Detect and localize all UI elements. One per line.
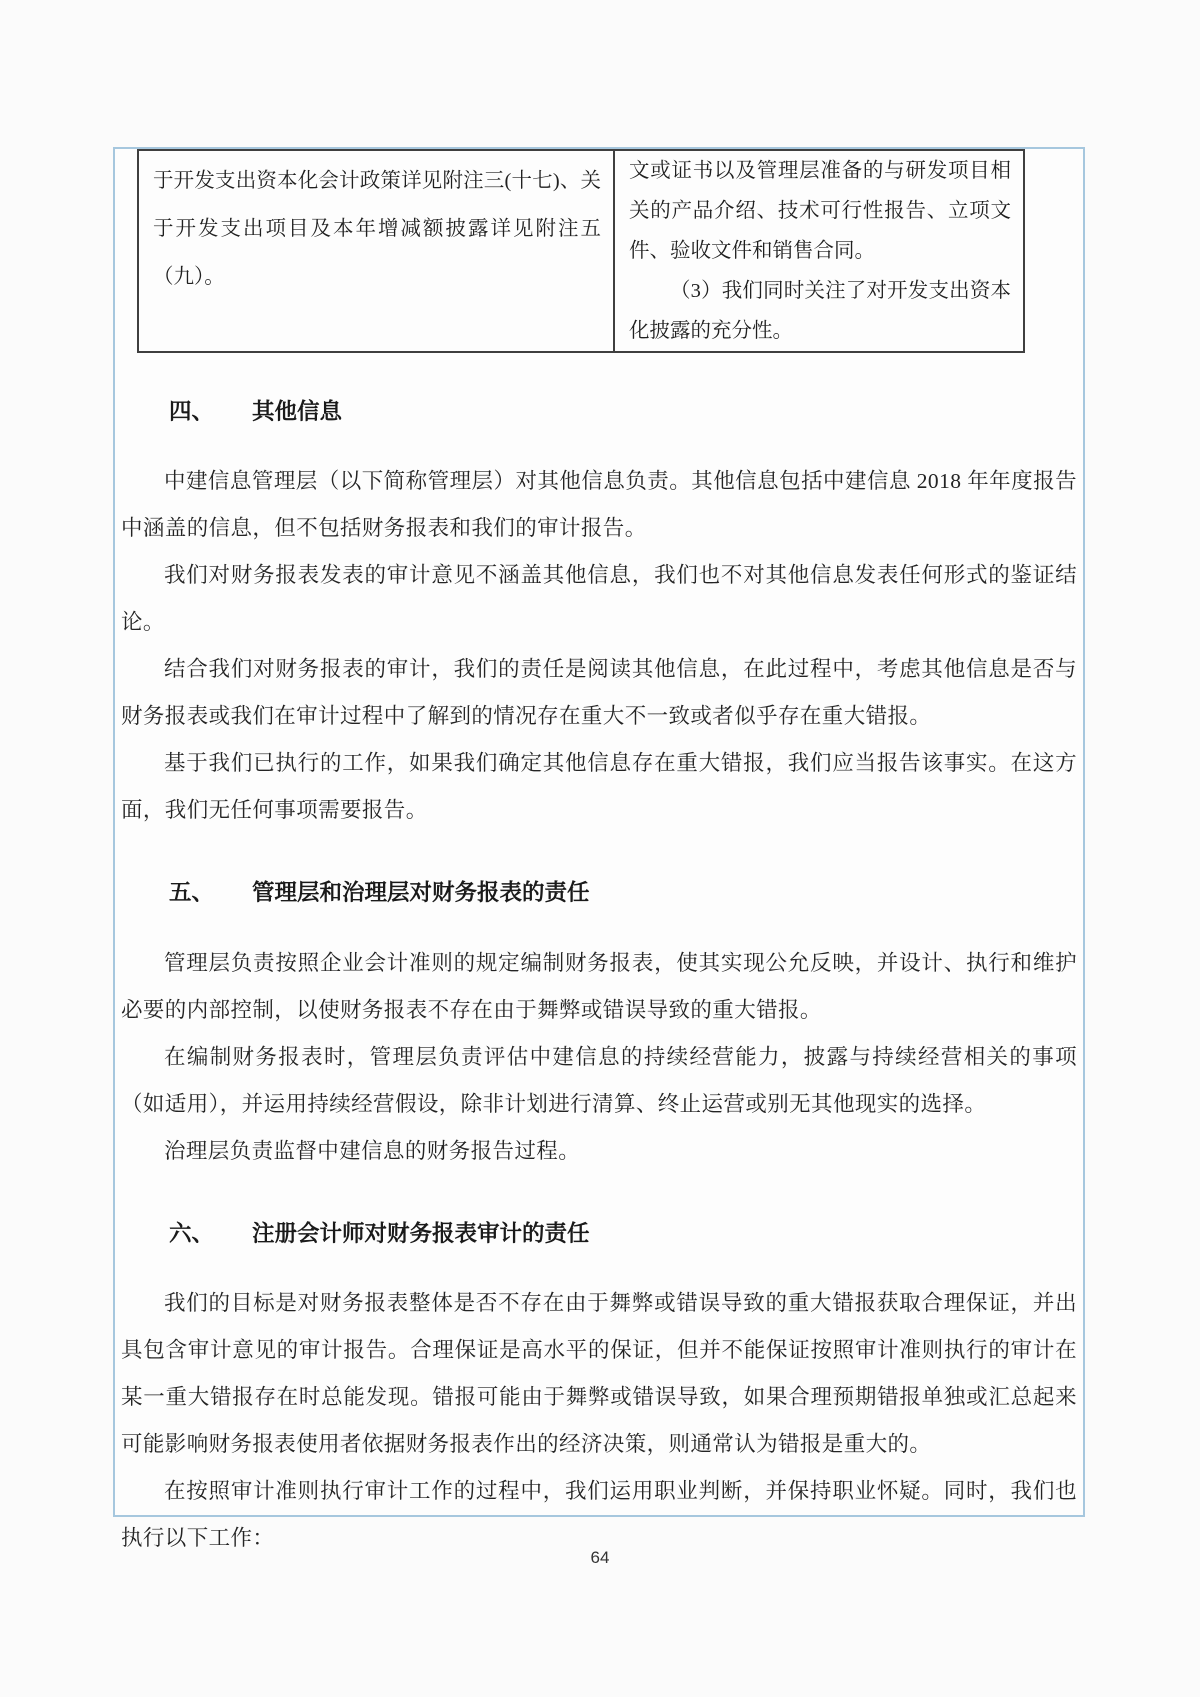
table-cell-right: 文或证书以及管理层准备的与研发项目相关的产品介绍、技术可行性报告、立项文件、验收…: [614, 150, 1024, 352]
table-right-paragraph-2: （3）我们同时关注了对开发支出资本化披露的充分性。: [629, 271, 1011, 351]
paragraph: 中建信息管理层（以下简称管理层）对其他信息负责。其他信息包括中建信息 2018 …: [121, 458, 1077, 552]
paragraph: 我们的目标是对财务报表整体是否不存在由于舞弊或错误导致的重大错报获取合理保证，并…: [121, 1280, 1077, 1468]
section-number: 四、: [169, 397, 214, 426]
table-right-paragraph-1: 文或证书以及管理层准备的与研发项目相关的产品介绍、技术可行性报告、立项文件、验收…: [629, 151, 1011, 271]
paragraph: 治理层负责监督中建信息的财务报告过程。: [121, 1128, 1077, 1175]
content-frame: 于开发支出资本化会计政策详见附注三(十七)、关于开发支出项目及本年增减额披露详见…: [113, 147, 1085, 1517]
section-heading: 五、 管理层和治理层对财务报表的责任: [121, 878, 1077, 907]
section-body: 我们的目标是对财务报表整体是否不存在由于舞弊或错误导致的重大错报获取合理保证，并…: [121, 1280, 1077, 1562]
paragraph: 管理层负责按照企业会计准则的规定编制财务报表，使其实现公允反映，并设计、执行和维…: [121, 940, 1077, 1034]
section-number: 五、: [169, 878, 214, 907]
table-row: 于开发支出资本化会计政策详见附注三(十七)、关于开发支出项目及本年增减额披露详见…: [138, 150, 1024, 352]
section-title: 注册会计师对财务报表审计的责任: [252, 1219, 590, 1248]
section-number: 六、: [169, 1219, 214, 1248]
paragraph: 基于我们已执行的工作，如果我们确定其他信息存在重大错报，我们应当报告该事实。在这…: [121, 740, 1077, 834]
section-other-information: 四、 其他信息 中建信息管理层（以下简称管理层）对其他信息负责。其他信息包括中建…: [121, 397, 1077, 834]
page-number: 64: [0, 1548, 1200, 1568]
section-body: 管理层负责按照企业会计准则的规定编制财务报表，使其实现公允反映，并设计、执行和维…: [121, 940, 1077, 1175]
paragraph: 在编制财务报表时，管理层负责评估中建信息的持续经营能力，披露与持续经营相关的事项…: [121, 1034, 1077, 1128]
paragraph: 结合我们对财务报表的审计，我们的责任是阅读其他信息，在此过程中，考虑其他信息是否…: [121, 646, 1077, 740]
paragraph: 我们对财务报表发表的审计意见不涵盖其他信息，我们也不对其他信息发表任何形式的鉴证…: [121, 552, 1077, 646]
section-body: 中建信息管理层（以下简称管理层）对其他信息负责。其他信息包括中建信息 2018 …: [121, 458, 1077, 834]
section-title: 其他信息: [252, 397, 342, 426]
section-management-responsibility: 五、 管理层和治理层对财务报表的责任 管理层负责按照企业会计准则的规定编制财务报…: [121, 878, 1077, 1174]
table-cell-left: 于开发支出资本化会计政策详见附注三(十七)、关于开发支出项目及本年增减额披露详见…: [138, 150, 614, 352]
section-heading: 六、 注册会计师对财务报表审计的责任: [121, 1219, 1077, 1248]
section-auditor-responsibility: 六、 注册会计师对财务报表审计的责任 我们的目标是对财务报表整体是否不存在由于舞…: [121, 1219, 1077, 1562]
page-content: 于开发支出资本化会计政策详见附注三(十七)、关于开发支出项目及本年增减额披露详见…: [115, 149, 1083, 1562]
section-heading: 四、 其他信息: [121, 397, 1077, 426]
section-title: 管理层和治理层对财务报表的责任: [252, 878, 590, 907]
key-audit-matters-table: 于开发支出资本化会计政策详见附注三(十七)、关于开发支出项目及本年增减额披露详见…: [137, 149, 1025, 353]
